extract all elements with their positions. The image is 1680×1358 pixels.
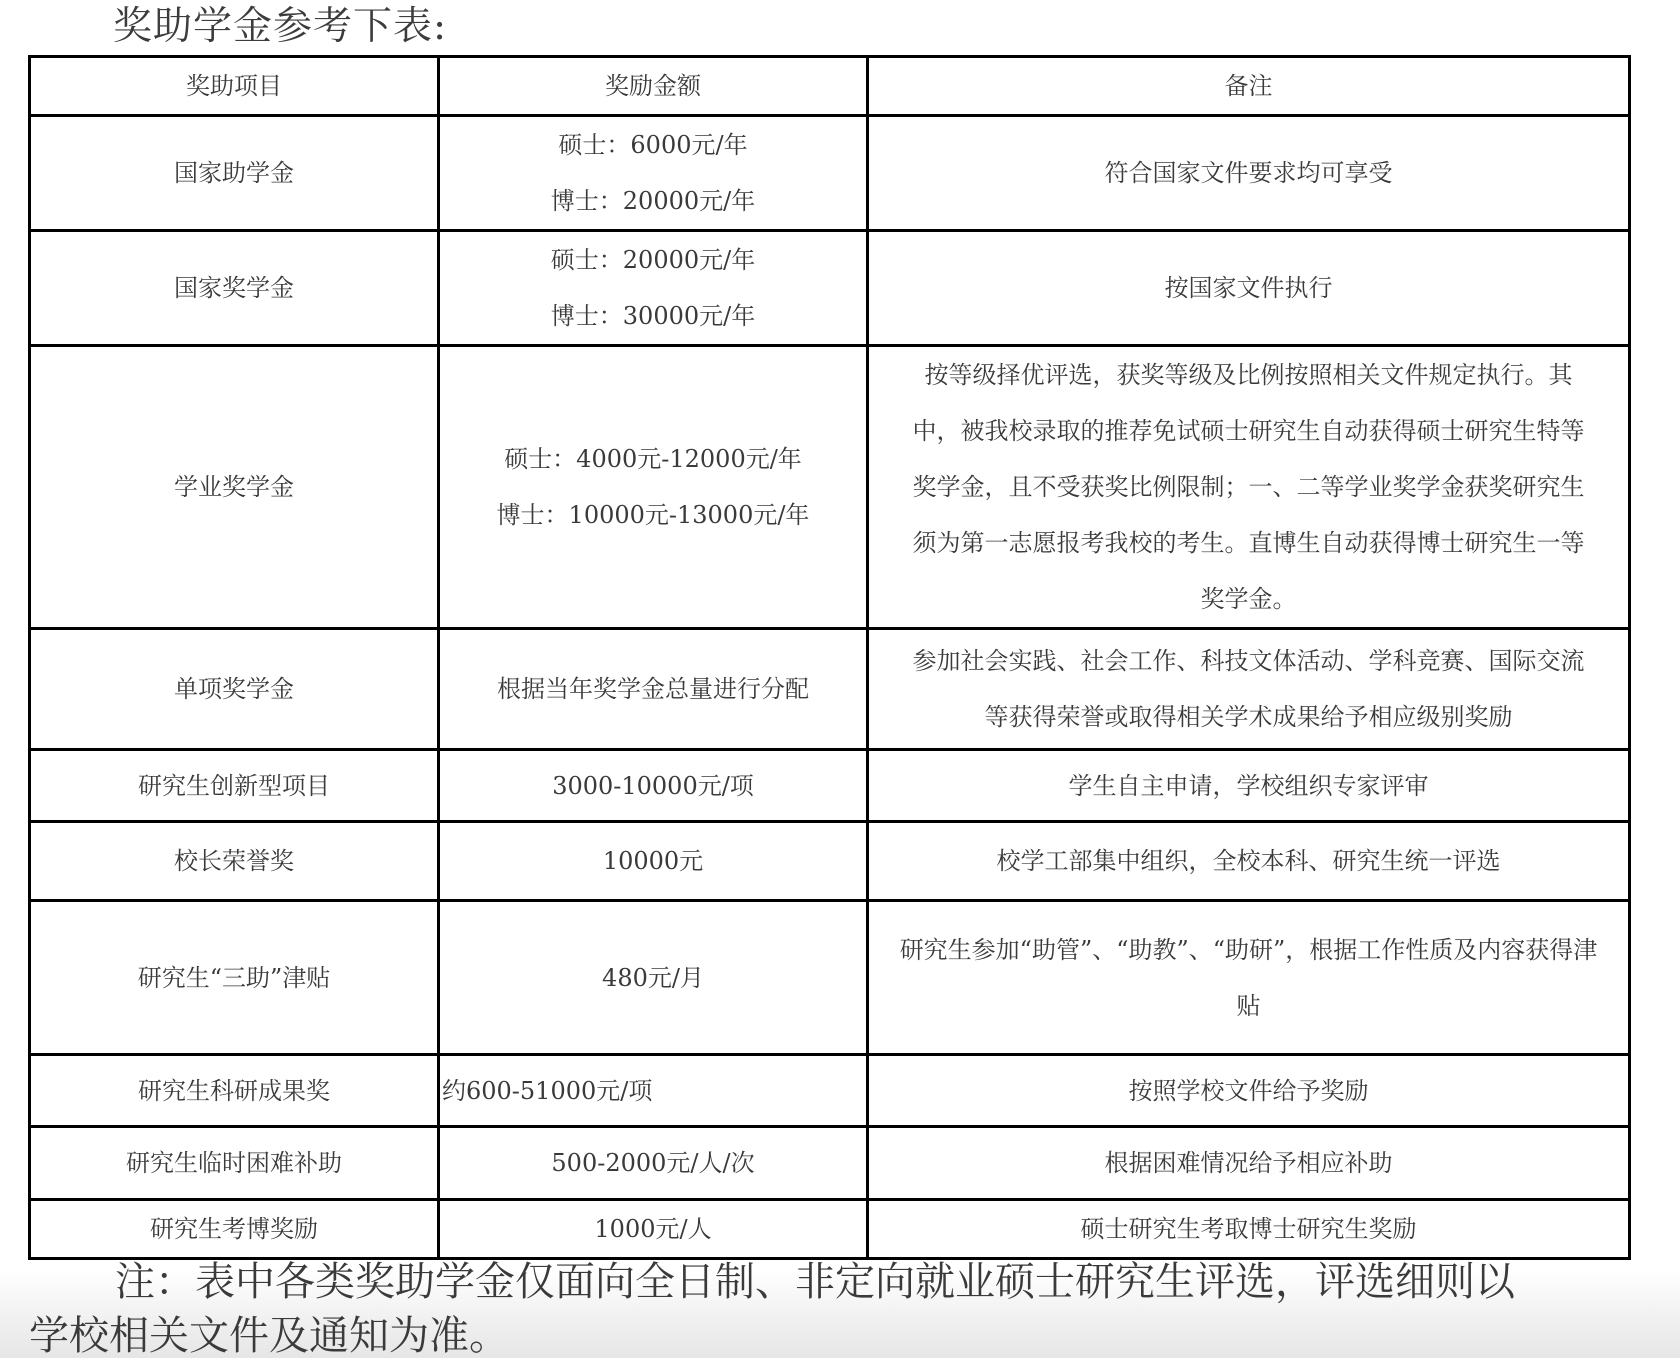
note-line: 学生自主申请，学校组织专家评审 [873, 758, 1624, 814]
cell-note: 研究生参加“助管”、“助教”、“助研”，根据工作性质及内容获得津 贴 [868, 901, 1630, 1055]
amount-line: 硕士：6000元/年 [444, 117, 862, 173]
table-row: 学业奖学金 硕士：4000元-12000元/年 博士：10000元-13000元… [30, 346, 1630, 629]
amount-line: 约600-51000元/项 [442, 1063, 862, 1119]
cell-amount: 硕士：4000元-12000元/年 博士：10000元-13000元/年 [439, 346, 868, 629]
cell-note: 按照学校文件给予奖励 [868, 1055, 1630, 1127]
table-row: 国家助学金 硕士：6000元/年 博士：20000元/年 符合国家文件要求均可享… [30, 116, 1630, 231]
amount-line: 硕士：20000元/年 [444, 232, 862, 288]
cell-amount: 1000元/人 [439, 1200, 868, 1259]
note-line: 校学工部集中组织，全校本科、研究生统一评选 [873, 833, 1624, 889]
cell-item: 国家奖学金 [30, 231, 439, 346]
amount-line: 3000-10000元/项 [444, 758, 862, 814]
note-line: 根据困难情况给予相应补助 [873, 1135, 1624, 1191]
footnote-line-1: 注：表中各类奖助学金仅面向全日制、非定向就业硕士研究生评选，评选细则以 [29, 1255, 1629, 1309]
header-item: 奖助项目 [30, 57, 439, 116]
cell-item: 研究生考博奖励 [30, 1200, 439, 1259]
note-line: 硕士研究生考取博士研究生奖励 [873, 1201, 1624, 1257]
cell-note: 根据困难情况给予相应补助 [868, 1127, 1630, 1200]
table-row: 研究生“三助”津贴 480元/月 研究生参加“助管”、“助教”、“助研”，根据工… [30, 901, 1630, 1055]
cell-amount: 硕士：20000元/年 博士：30000元/年 [439, 231, 868, 346]
note-line: 奖学金，且不受获奖比例限制；一、二等学业奖学金获奖研究生 [873, 459, 1624, 515]
cell-note: 按等级择优评选，获奖等级及比例按照相关文件规定执行。其 中，被我校录取的推荐免试… [868, 346, 1630, 629]
cell-note: 按国家文件执行 [868, 231, 1630, 346]
cell-item: 单项奖学金 [30, 629, 439, 750]
cell-item: 研究生“三助”津贴 [30, 901, 439, 1055]
note-line: 按等级择优评选，获奖等级及比例按照相关文件规定执行。其 [873, 347, 1624, 403]
cell-item: 学业奖学金 [30, 346, 439, 629]
cell-item: 校长荣誉奖 [30, 822, 439, 901]
table-row: 研究生创新型项目 3000-10000元/项 学生自主申请，学校组织专家评审 [30, 750, 1630, 822]
amount-line: 1000元/人 [444, 1201, 862, 1257]
header-amount: 奖励金额 [439, 57, 868, 116]
cell-amount: 根据当年奖学金总量进行分配 [439, 629, 868, 750]
cell-amount: 480元/月 [439, 901, 868, 1055]
note-line: 研究生参加“助管”、“助教”、“助研”，根据工作性质及内容获得津 [873, 922, 1624, 978]
amount-line: 500-2000元/人/次 [444, 1135, 862, 1191]
cell-note: 学生自主申请，学校组织专家评审 [868, 750, 1630, 822]
cell-amount: 10000元 [439, 822, 868, 901]
note-line: 等获得荣誉或取得相关学术成果给予相应级别奖励 [873, 689, 1624, 745]
note-line: 中，被我校录取的推荐免试硕士研究生自动获得硕士研究生特等 [873, 403, 1624, 459]
amount-line: 博士：20000元/年 [444, 173, 862, 229]
cell-item: 研究生创新型项目 [30, 750, 439, 822]
cell-note: 符合国家文件要求均可享受 [868, 116, 1630, 231]
header-note: 备注 [868, 57, 1630, 116]
cell-amount: 约600-51000元/项 [439, 1055, 868, 1127]
table-row: 研究生考博奖励 1000元/人 硕士研究生考取博士研究生奖励 [30, 1200, 1630, 1259]
note-line: 按国家文件执行 [873, 260, 1624, 316]
amount-line: 博士：30000元/年 [444, 288, 862, 344]
cell-note: 硕士研究生考取博士研究生奖励 [868, 1200, 1630, 1259]
footnote: 注：表中各类奖助学金仅面向全日制、非定向就业硕士研究生评选，评选细则以 学校相关… [29, 1255, 1629, 1358]
cell-amount: 3000-10000元/项 [439, 750, 868, 822]
cell-amount: 硕士：6000元/年 博士：20000元/年 [439, 116, 868, 231]
cell-item: 研究生科研成果奖 [30, 1055, 439, 1127]
table-row: 校长荣誉奖 10000元 校学工部集中组织，全校本科、研究生统一评选 [30, 822, 1630, 901]
note-line: 贴 [873, 978, 1624, 1034]
amount-line: 博士：10000元-13000元/年 [444, 487, 862, 543]
cell-item: 国家助学金 [30, 116, 439, 231]
amount-line: 根据当年奖学金总量进行分配 [444, 661, 862, 717]
cell-note: 参加社会实践、社会工作、科技文体活动、学科竞赛、国际交流 等获得荣誉或取得相关学… [868, 629, 1630, 750]
note-line: 参加社会实践、社会工作、科技文体活动、学科竞赛、国际交流 [873, 633, 1624, 689]
amount-line: 480元/月 [444, 950, 862, 1006]
note-line: 奖学金。 [873, 571, 1624, 627]
cell-amount: 500-2000元/人/次 [439, 1127, 868, 1200]
note-line: 符合国家文件要求均可享受 [873, 145, 1624, 201]
table-header-row: 奖助项目 奖励金额 备注 [30, 57, 1630, 116]
table-row: 单项奖学金 根据当年奖学金总量进行分配 参加社会实践、社会工作、科技文体活动、学… [30, 629, 1630, 750]
table-row: 国家奖学金 硕士：20000元/年 博士：30000元/年 按国家文件执行 [30, 231, 1630, 346]
cell-note: 校学工部集中组织，全校本科、研究生统一评选 [868, 822, 1630, 901]
page-title: 奖助学金参考下表: [113, 4, 447, 50]
footnote-line-2: 学校相关文件及通知为准。 [29, 1309, 1629, 1358]
table-row: 研究生临时困难补助 500-2000元/人/次 根据困难情况给予相应补助 [30, 1127, 1630, 1200]
cell-item: 研究生临时困难补助 [30, 1127, 439, 1200]
note-line: 按照学校文件给予奖励 [873, 1063, 1624, 1119]
scholarship-table: 奖助项目 奖励金额 备注 国家助学金 硕士：6000元/年 博士：20000元/… [28, 55, 1631, 1260]
table-row: 研究生科研成果奖 约600-51000元/项 按照学校文件给予奖励 [30, 1055, 1630, 1127]
amount-line: 硕士：4000元-12000元/年 [444, 431, 862, 487]
note-line: 须为第一志愿报考我校的考生。直博生自动获得博士研究生一等 [873, 515, 1624, 571]
amount-line: 10000元 [444, 833, 862, 889]
